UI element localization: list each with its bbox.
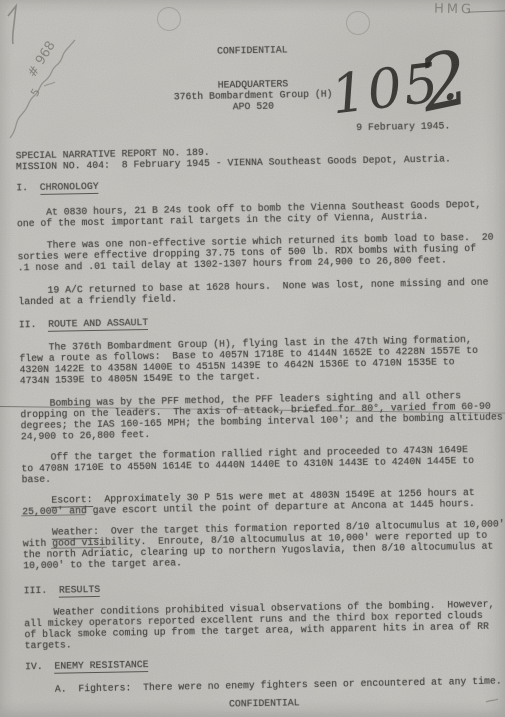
pencil-initials: HMG xyxy=(434,2,474,18)
paragraph-fighters: A. Fighters: There were no enemy fighter… xyxy=(25,676,501,696)
section-heading-enemy-resistance: IV. ENEMY RESISTANCE xyxy=(25,659,149,672)
section-title: ROUTE AND ASSAULT xyxy=(48,317,148,331)
paragraph: Off the target the formation rallied rig… xyxy=(21,444,474,485)
section-heading-chronology: I. CHRONOLOGY xyxy=(16,181,99,194)
classification-footer: CONFIDENTIAL xyxy=(12,693,505,713)
scanned-document-page: CONFIDENTIAL HEADQUARTERS 376th Bombardm… xyxy=(0,0,505,717)
hole-punch-circle xyxy=(346,11,370,35)
hole-punch-circle xyxy=(157,7,181,31)
paragraph: The 376th Bombardment Group (H), flying … xyxy=(19,334,478,386)
paragraph: At 0830 hours, 21 B 24s took off to bomb… xyxy=(17,199,482,230)
paragraph: Weather conditions prohibited visual obs… xyxy=(24,599,495,652)
paragraph-escort: Escort: Approximately 30 P 51s were met … xyxy=(22,487,475,517)
section-heading-results: III. RESULTS xyxy=(24,584,101,596)
section-number: IV. xyxy=(25,661,43,672)
section-title: RESULTS xyxy=(59,584,100,597)
section-heading-route-and-assault: II. ROUTE AND ASSAULT xyxy=(19,317,149,330)
paragraph: 19 A/C returned to base at 1628 hours. N… xyxy=(18,277,489,308)
paragraph: Bombing was by the PFF method, the PFF l… xyxy=(20,390,503,443)
section-title: CHRONOLOGY xyxy=(40,181,99,195)
paragraph: There was one non-effective sortie which… xyxy=(17,232,494,274)
paragraph-weather: Weather: Over the target this formation … xyxy=(23,518,505,571)
report-title: SPECIAL NARRATIVE REPORT NO. 189. MISSIO… xyxy=(16,142,451,172)
section-number: III. xyxy=(24,585,48,596)
section-number: II. xyxy=(19,319,37,330)
section-title: ENEMY RESISTANCE xyxy=(54,659,148,673)
section-number: I. xyxy=(16,182,28,193)
